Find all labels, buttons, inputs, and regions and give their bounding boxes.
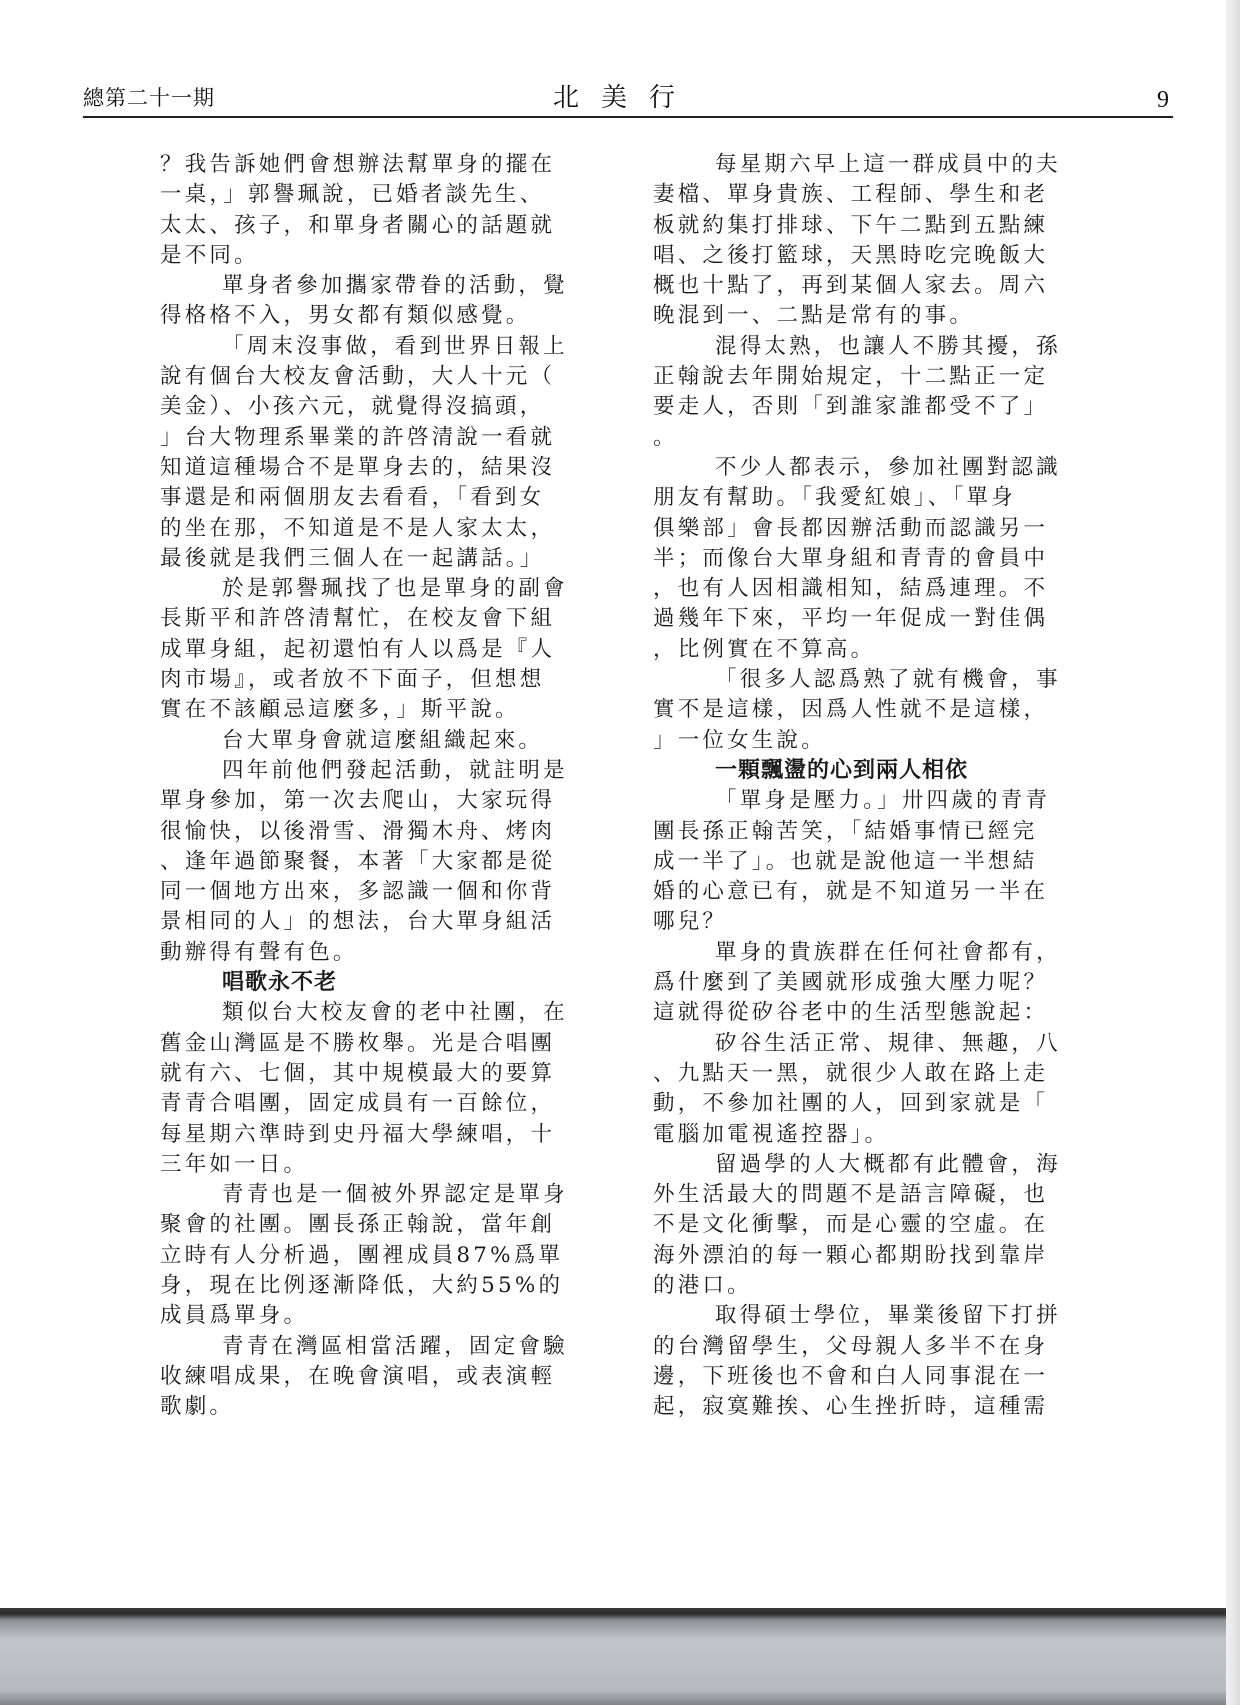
text-line: 很愉快，以後滑雪、滑獨木舟、烤肉 — [160, 817, 588, 847]
left-text-column: ？我告訴她們會想辦法幫單身的擺在一桌，」郭譽珮說，已婚者談先生、太太、孩子，和單… — [160, 150, 588, 1422]
text-line: 電腦加電視遙控器」。 — [653, 1120, 1087, 1150]
text-line: 要走人，否則「到誰家誰都受不了」 — [653, 392, 1087, 422]
text-line: 爲什麼到了美國就形成強大壓力呢？ — [653, 968, 1087, 998]
text-line: 四年前他們發起活動，就註明是 — [160, 756, 588, 786]
text-line: 海外漂泊的每一顆心都期盼找到靠岸 — [653, 1241, 1087, 1271]
text-line: 妻檔、單身貴族、工程師、學生和老 — [653, 180, 1087, 210]
text-line: 「很多人認爲熟了就有機會，事 — [653, 665, 1087, 695]
text-line: 、逢年過節聚餐，本著「大家都是從 — [160, 847, 588, 877]
text-line: 實不是這樣，因爲人性就不是這樣， — [653, 695, 1087, 725]
text-line: 台大單身會就這麼組織起來。 — [160, 726, 588, 756]
text-line: 的港口。 — [653, 1271, 1087, 1301]
text-line: 婚的心意已有，就是不知道另一半在 — [653, 877, 1087, 907]
text-line: 矽谷生活正常、規律、無趣，八 — [653, 1029, 1087, 1059]
text-line: ，也有人因相識相知，結爲連理。不 — [653, 574, 1087, 604]
text-line: 肉市場』，或者放不下面子，但想想 — [160, 665, 588, 695]
text-line: 板就約集打排球、下午二點到五點練 — [653, 211, 1087, 241]
right-text-column: 每星期六早上這一群成員中的夫妻檔、單身貴族、工程師、學生和老板就約集打排球、下午… — [653, 150, 1087, 1422]
section-subheading: 唱歌永不老 — [160, 968, 588, 998]
text-line: 類似台大校友會的老中社團，在 — [160, 998, 588, 1028]
text-line: 概也十點了，再到某個人家去。周六 — [653, 271, 1087, 301]
text-line: 收練唱成果，在晚會演唱，或表演輕 — [160, 1362, 588, 1392]
text-line: 外生活最大的問題不是語言障礙，也 — [653, 1180, 1087, 1210]
scanned-page-background: 總第二十一期 北美行 9 ？我告訴她們會想辦法幫單身的擺在一桌，」郭譽珮說，已婚… — [0, 0, 1240, 1705]
text-line: 青青合唱團，固定成員有一百餘位， — [160, 1089, 588, 1119]
text-line: 單身參加，第一次去爬山，大家玩得 — [160, 786, 588, 816]
text-line: ？我告訴她們會想辦法幫單身的擺在 — [160, 150, 588, 180]
text-line: 舊金山灣區是不勝枚舉。光是合唱團 — [160, 1029, 588, 1059]
text-line: ，比例實在不算高。 — [653, 635, 1087, 665]
text-line: 實在不該顧忌這麼多，」斯平說。 — [160, 695, 588, 725]
issue-label: 總第二十一期 — [83, 82, 215, 112]
text-line: 的坐在那，不知道是不是人家太太， — [160, 514, 588, 544]
scan-right-edge — [1226, 0, 1240, 1705]
text-line: 得格格不入，男女都有類似感覺。 — [160, 301, 588, 331]
text-line: 單身者參加攜家帶眷的活動，覺 — [160, 271, 588, 301]
text-line: 說有個台大校友會活動，大人十元（ — [160, 362, 588, 392]
text-line: 俱樂部」會長都因辦活動而認識另一 — [653, 514, 1087, 544]
text-line: 青青在灣區相當活躍，固定會驗 — [160, 1332, 588, 1362]
text-line: 青青也是一個被外界認定是單身 — [160, 1180, 588, 1210]
text-line: 朋友有幫助。「我愛紅娘」、「單身 — [653, 483, 1087, 513]
text-line: 成一半了」。也就是說他這一半想結 — [653, 847, 1087, 877]
text-line: 起，寂寞難挨、心生挫折時，這種需 — [653, 1392, 1087, 1422]
text-line: 「周末沒事做，看到世界日報上 — [160, 332, 588, 362]
text-line: 長斯平和許啓清幫忙，在校友會下組 — [160, 604, 588, 634]
text-line: 過幾年下來，平均一年促成一對佳偶 — [653, 604, 1087, 634]
text-line: 」一位女生說。 — [653, 726, 1087, 756]
text-line: 單身的貴族群在任何社會都有， — [653, 938, 1087, 968]
text-line: 團長孫正翰苦笑，「結婚事情已經完 — [653, 817, 1087, 847]
running-head: 總第二十一期 北美行 9 — [83, 82, 1173, 118]
text-line: 景相同的人」的想法，台大單身組活 — [160, 907, 588, 937]
text-line: 於是郭譽珮找了也是單身的副會 — [160, 574, 588, 604]
text-line: 的台灣留學生，父母親人多半不在身 — [653, 1332, 1087, 1362]
text-line: 是不同。 — [160, 241, 588, 271]
text-line: 。 — [653, 423, 1087, 453]
text-line: 邊，下班後也不會和白人同事混在一 — [653, 1362, 1087, 1392]
section-subheading: 一顆飄盪的心到兩人相依 — [653, 756, 1087, 786]
text-line: 取得碩士學位，畢業後留下打拼 — [653, 1301, 1087, 1331]
text-line: 、九點天一黑，就很少人敢在路上走 — [653, 1059, 1087, 1089]
text-line: 不少人都表示，參加社團對認識 — [653, 453, 1087, 483]
text-line: 哪兒？ — [653, 907, 1087, 937]
text-line: 聚會的社團。團長孫正翰說，當年創 — [160, 1210, 588, 1240]
text-line: 身，現在比例逐漸降低，大約55%的 — [160, 1271, 588, 1301]
text-line: 歌劇。 — [160, 1392, 588, 1422]
text-line: 留過學的人大概都有此體會，海 — [653, 1150, 1087, 1180]
text-line: 這就得從矽谷老中的生活型態說起： — [653, 998, 1087, 1028]
page-number: 9 — [1157, 87, 1169, 114]
text-line: 立時有人分析過，團裡成員87%爲單 — [160, 1241, 588, 1271]
text-line: 」台大物理系畢業的許啓清說一看就 — [160, 423, 588, 453]
text-line: 動，不參加社團的人，回到家就是「 — [653, 1089, 1087, 1119]
text-line: 三年如一日。 — [160, 1150, 588, 1180]
text-line: 混得太熟，也讓人不勝其擾，孫 — [653, 332, 1087, 362]
text-line: 一桌，」郭譽珮說，已婚者談先生、 — [160, 180, 588, 210]
text-line: 正翰說去年開始規定，十二點正一定 — [653, 362, 1087, 392]
text-line: 唱、之後打籃球，天黑時吃完晚飯大 — [653, 241, 1087, 271]
text-line: 美金）、小孩六元，就覺得沒搞頭， — [160, 392, 588, 422]
magazine-page: 總第二十一期 北美行 9 ？我告訴她們會想辦法幫單身的擺在一桌，」郭譽珮說，已婚… — [0, 0, 1226, 1608]
publication-title: 北美行 — [553, 77, 697, 114]
text-line: 動辦得有聲有色。 — [160, 938, 588, 968]
text-line: 就有六、七個，其中規模最大的要算 — [160, 1059, 588, 1089]
text-line: 每星期六早上這一群成員中的夫 — [653, 150, 1087, 180]
text-line: 「單身是壓力。」卅四歲的青青 — [653, 786, 1087, 816]
text-line: 半；而像台大單身組和青青的會員中 — [653, 544, 1087, 574]
text-line: 成員爲單身。 — [160, 1301, 588, 1331]
text-line: 不是文化衝擊，而是心靈的空虛。在 — [653, 1210, 1087, 1240]
text-line: 每星期六準時到史丹福大學練唱，十 — [160, 1120, 588, 1150]
text-line: 太太、孩子，和單身者關心的話題就 — [160, 211, 588, 241]
text-line: 晚混到一、二點是常有的事。 — [653, 301, 1087, 331]
text-line: 成單身組，起初還怕有人以爲是『人 — [160, 635, 588, 665]
text-line: 知道這種場合不是單身去的，結果沒 — [160, 453, 588, 483]
text-line: 同一個地方出來，多認識一個和你背 — [160, 877, 588, 907]
text-line: 事還是和兩個朋友去看看，「看到女 — [160, 483, 588, 513]
text-line: 最後就是我們三個人在一起講話。」 — [160, 544, 588, 574]
